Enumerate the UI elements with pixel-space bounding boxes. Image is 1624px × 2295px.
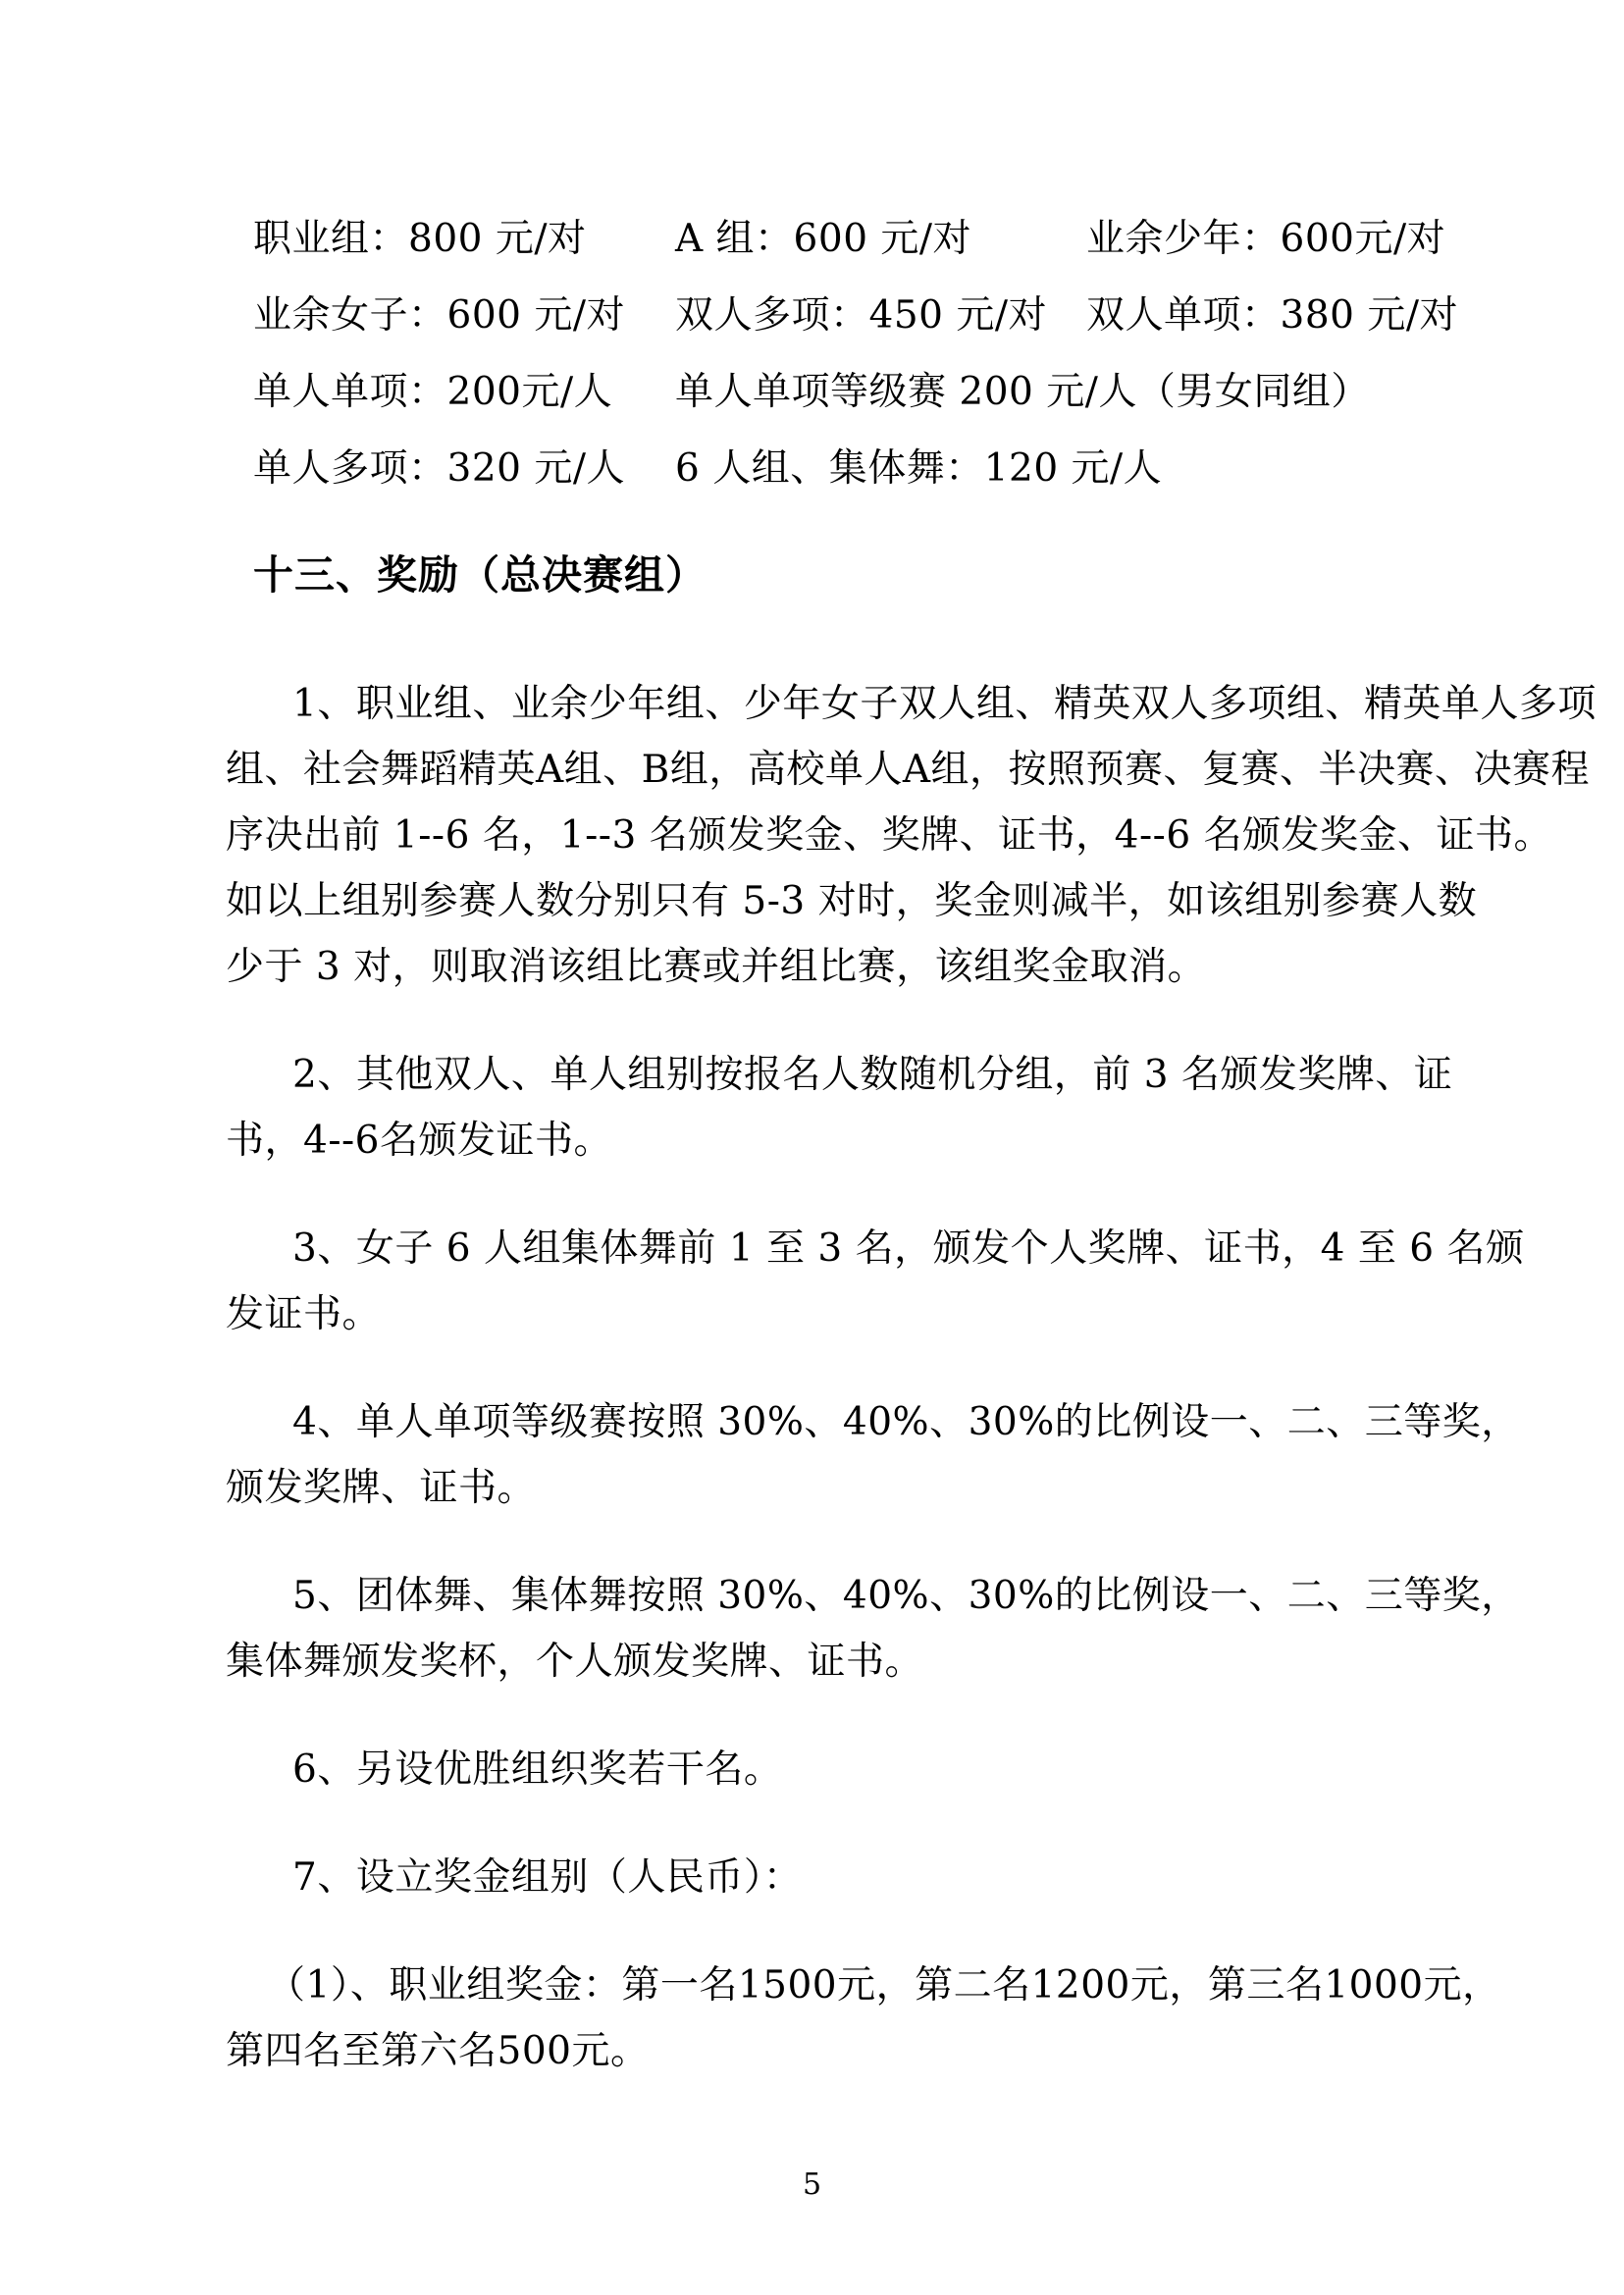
paragraph-line: 发证书。 [226,1281,1450,1347]
fee-entry: 双人多项：450 元/对 [675,295,1047,337]
fee-row: 业余女子：600 元/对 双人多项：450 元/对 双人单项：380 元/对 [226,295,1450,372]
paragraph-7: 7、设立奖金组别（人民币）： [226,1845,1450,1910]
paragraph-line: 第四名至第六名500元。 [226,2018,1450,2084]
paragraph-4: 4、单人单项等级赛按照 30%、40%、30%的比例设一、二、三等奖， 颁发奖牌… [226,1389,1450,1521]
paragraph-1: 1、职业组、业余少年组、少年女子双人组、精英双人多项组、精英单人多项 组、社会舞… [226,671,1450,1000]
section-heading: 十三、奖励（总决赛组） [253,551,1450,599]
fee-row: 单人多项：320 元/人 6 人组、集体舞：120 元/人 [226,448,1450,525]
fee-entry: 职业组：800 元/对 [253,219,586,260]
fee-entry: 业余女子：600 元/对 [253,295,625,337]
paragraph-6: 6、另设优胜组织奖若干名。 [226,1737,1450,1802]
paragraph-line: 序决出前 1--6 名，1--3 名颁发奖金、奖牌、证书，4--6 名颁发奖金、… [226,803,1450,868]
paragraph-line: 颁发奖牌、证书。 [226,1455,1450,1521]
paragraph-3: 3、女子 6 人组集体舞前 1 至 3 名，颁发个人奖牌、证书，4 至 6 名颁… [226,1216,1450,1347]
fee-entry: 单人多项：320 元/人 [253,448,625,490]
fee-entry: A 组：600 元/对 [675,219,971,260]
paragraph-line: 集体舞颁发奖杯，个人颁发奖牌、证书。 [226,1629,1450,1695]
fee-entry: 双人单项：380 元/对 [1086,295,1458,337]
fee-row: 职业组：800 元/对 A 组：600 元/对 业余少年：600元/对 [226,219,1450,295]
document-content: 职业组：800 元/对 A 组：600 元/对 业余少年：600元/对 业余女子… [226,219,1450,2126]
paragraph-line: 3、女子 6 人组集体舞前 1 至 3 名，颁发个人奖牌、证书，4 至 6 名颁 [226,1216,1450,1281]
paragraph-5: 5、团体舞、集体舞按照 30%、40%、30%的比例设一、二、三等奖， 集体舞颁… [226,1563,1450,1695]
paragraph-line: 如以上组别参赛人数分别只有 5-3 对时，奖金则减半，如该组别参赛人数 [226,868,1450,934]
fee-entry: 业余少年：600元/对 [1086,219,1445,260]
paragraph-line: 组、社会舞蹈精英A组、B组，高校单人A组，按照预赛、复赛、半决赛、决赛程 [226,737,1450,803]
fee-list: 职业组：800 元/对 A 组：600 元/对 业余少年：600元/对 业余女子… [226,219,1450,525]
paragraph-line: 6、另设优胜组织奖若干名。 [226,1737,1450,1802]
paragraph-line: 2、其他双人、单人组别按报名人数随机分组，前 3 名颁发奖牌、证 [226,1042,1450,1108]
fee-entry: 单人单项：200元/人 [253,372,612,413]
paragraph-line: 7、设立奖金组别（人民币）： [226,1845,1450,1910]
paragraph-8: （1）、职业组奖金：第一名1500元，第二名1200元，第三名1000元， 第四… [226,1953,1450,2084]
paragraph-line: 书，4--6名颁发证书。 [226,1108,1450,1174]
paragraph-2: 2、其他双人、单人组别按报名人数随机分组，前 3 名颁发奖牌、证 书，4--6名… [226,1042,1450,1174]
fee-entry: 单人单项等级赛 200 元/人（男女同组） [675,372,1370,413]
document-page: 职业组：800 元/对 A 组：600 元/对 业余少年：600元/对 业余女子… [0,0,1624,2295]
paragraph-line: 5、团体舞、集体舞按照 30%、40%、30%的比例设一、二、三等奖， [226,1563,1450,1629]
paragraph-line: 1、职业组、业余少年组、少年女子双人组、精英双人多项组、精英单人多项 [226,671,1450,737]
fee-entry: 6 人组、集体舞：120 元/人 [675,448,1162,490]
paragraph-line: （1）、职业组奖金：第一名1500元，第二名1200元，第三名1000元， [226,1953,1450,2018]
page-number: 5 [0,2168,1624,2202]
paragraph-line: 4、单人单项等级赛按照 30%、40%、30%的比例设一、二、三等奖， [226,1389,1450,1455]
fee-row: 单人单项：200元/人 单人单项等级赛 200 元/人（男女同组） [226,372,1450,448]
paragraph-line: 少于 3 对，则取消该组比赛或并组比赛，该组奖金取消。 [226,934,1450,1000]
